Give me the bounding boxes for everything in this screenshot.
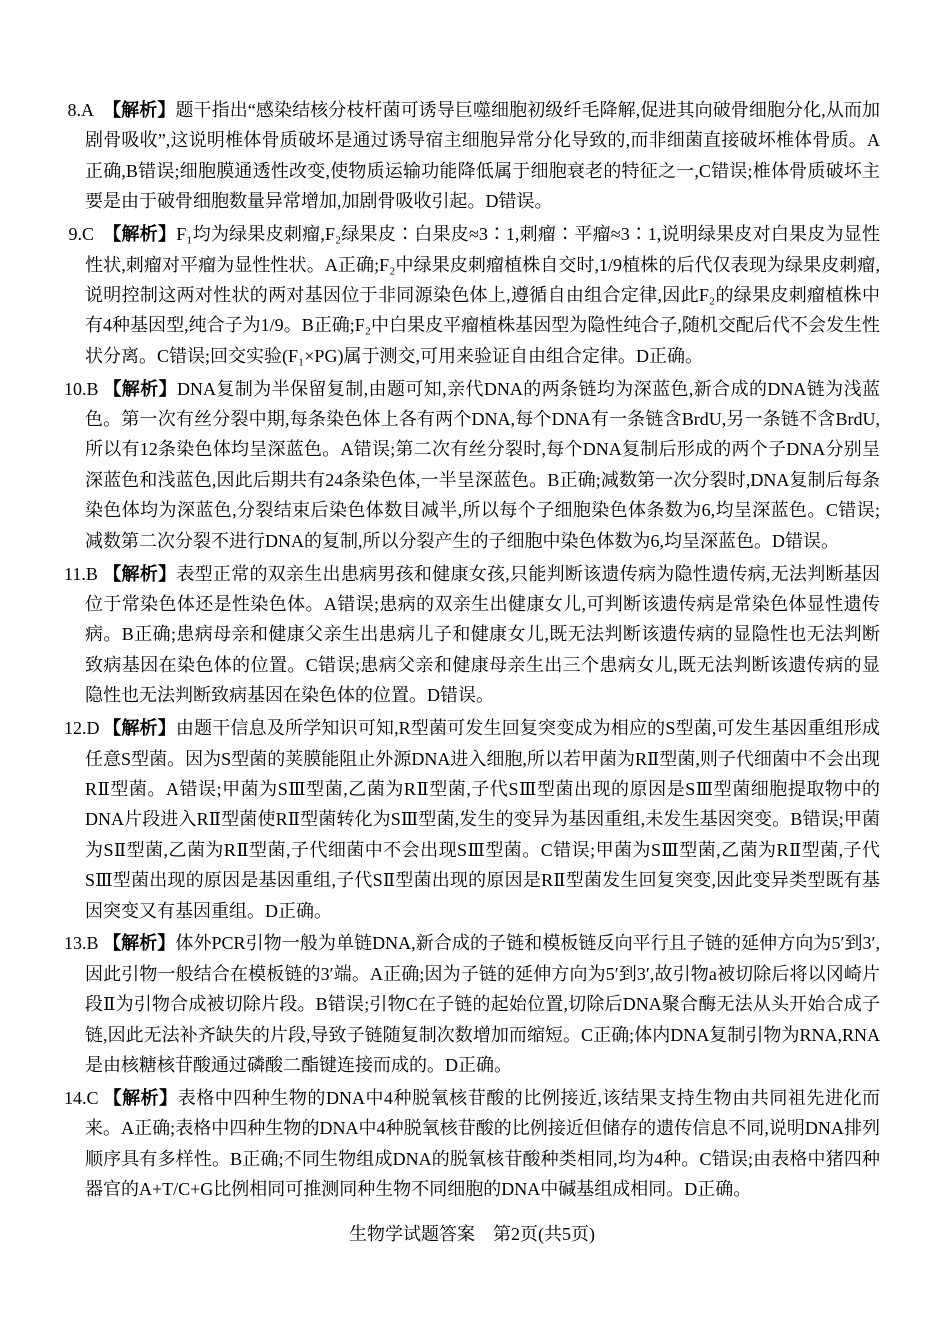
analysis-text: DNA复制为半保留复制,由题可知,亲代DNA的两条链均为深蓝色,新合成的DNA链… bbox=[85, 379, 880, 551]
question-number: 10.B bbox=[64, 374, 94, 404]
analysis-label: 【解析】 bbox=[103, 379, 177, 399]
question-number: 9.C bbox=[64, 219, 94, 249]
analysis-text: F₁均为绿果皮刺瘤,F₂绿果皮∶白果皮≈3∶1,刺瘤∶平瘤≈3∶1,说明绿果皮对… bbox=[85, 224, 880, 366]
question-number: 11.B bbox=[64, 559, 94, 589]
analysis-label: 【解析】 bbox=[103, 718, 176, 738]
analysis-label: 【解析】 bbox=[103, 224, 176, 244]
question-number: 8.A bbox=[64, 95, 94, 125]
analysis-text: 表格中四种生物的DNA中4种脱氧核苷酸的比例接近,该结果支持生物由共同祖先进化而… bbox=[85, 1088, 880, 1199]
analysis-label: 【解析】 bbox=[103, 933, 175, 953]
answer-item-14: 14.C表格中四种生物的DNA中4种脱氧核苷酸的比例接近,该结果支持生物由共同祖… bbox=[85, 1083, 880, 1205]
question-number: 14.C bbox=[64, 1083, 94, 1113]
answer-item-12: 12.D【解析】由题干信息及所学知识可知,R型菌可发生回复突变成为相应的S型菌,… bbox=[85, 713, 880, 926]
answer-item-9: 9.C【解析】F₁均为绿果皮刺瘤,F₂绿果皮∶白果皮≈3∶1,刺瘤∶平瘤≈3∶1… bbox=[85, 219, 880, 371]
analysis-text: 由题干信息及所学知识可知,R型菌可发生回复突变成为相应的S型菌,可发生基因重组形… bbox=[85, 718, 880, 920]
analysis-label: 【解析】 bbox=[103, 1088, 178, 1108]
question-number: 12.D bbox=[64, 713, 94, 743]
answer-item-13: 13.B【解析】体外PCR引物一般为单链DNA,新合成的子链和模板链反向平行且子… bbox=[85, 928, 880, 1080]
analysis-text: 体外PCR引物一般为单链DNA,新合成的子链和模板链反向平行且子链的延伸方向为5… bbox=[85, 933, 880, 1075]
answer-item-8: 8.A【解析】题干指出“感染结核分枝杆菌可诱导巨噬细胞初级纤毛降解,促进其向破骨… bbox=[85, 95, 880, 217]
footer-page-number: 第2页(共5页) bbox=[493, 1224, 595, 1244]
page-footer: 生物学试题答案第2页(共5页) bbox=[64, 1219, 880, 1249]
answer-item-11: 11.B【解析】表型正常的双亲生出患病男孩和健康女孩,只能判断该遗传病为隐性遗传… bbox=[85, 559, 880, 711]
analysis-label: 【解析】 bbox=[103, 100, 175, 120]
analysis-text: 题干指出“感染结核分枝杆菌可诱导巨噬细胞初级纤毛降解,促进其向破骨细胞分化,从而… bbox=[85, 100, 880, 211]
analysis-label: 【解析】 bbox=[103, 564, 176, 584]
exam-answer-document: 8.A【解析】题干指出“感染结核分枝杆菌可诱导巨噬细胞初级纤毛降解,促进其向破骨… bbox=[0, 0, 950, 1333]
footer-doc-title: 生物学试题答案 bbox=[349, 1224, 475, 1244]
analysis-text: 表型正常的双亲生出患病男孩和健康女孩,只能判断该遗传病为隐性遗传病,无法判断基因… bbox=[85, 564, 880, 706]
answer-item-10: 10.B【解析】DNA复制为半保留复制,由题可知,亲代DNA的两条链均为深蓝色,… bbox=[85, 374, 880, 556]
question-number: 13.B bbox=[64, 928, 94, 958]
